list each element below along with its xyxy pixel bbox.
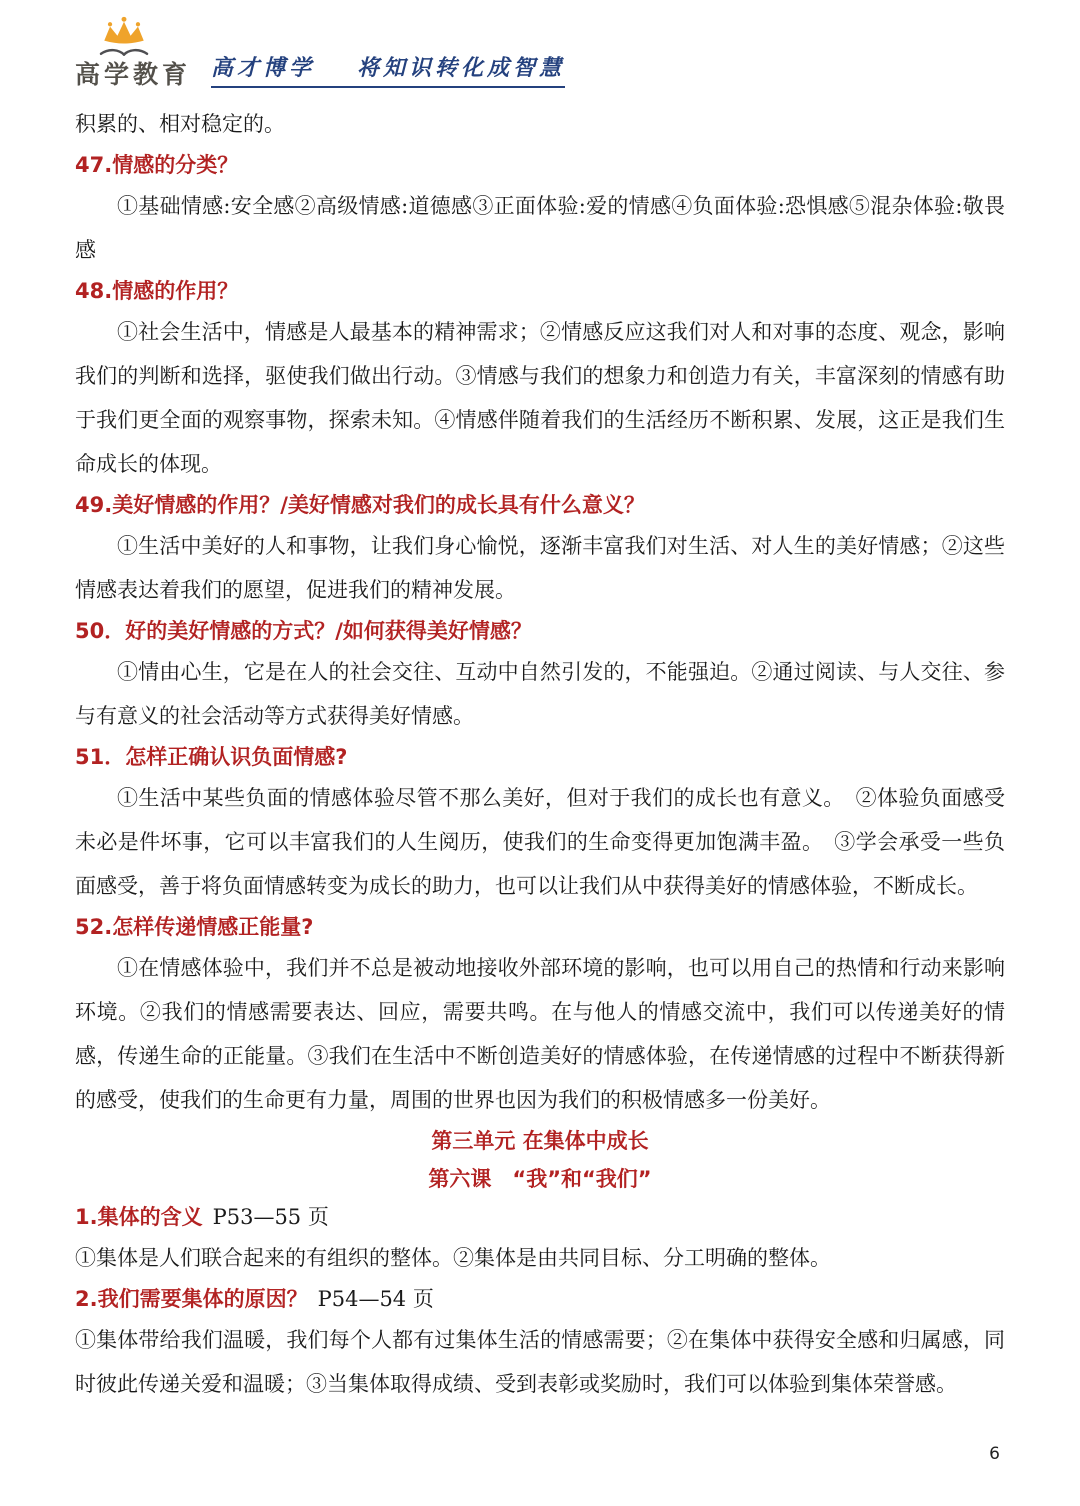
document-page: 高学教育 高才博学 将知识转化成智慧 积累的、相对稳定的。 47.情感的分类？ … <box>0 0 1080 1506</box>
question-49-answer: ①生活中美好的人和事物，让我们身心愉悦，逐渐丰富我们对生活、对人生的美好情感；②… <box>75 524 1005 612</box>
question-2-heading: 2.我们需要集体的原因？P54—54 页 <box>75 1280 1005 1318</box>
question-48-heading: 48.情感的作用？ <box>75 272 1005 310</box>
page-header: 高学教育 高才博学 将知识转化成智慧 <box>75 16 1005 88</box>
question-51-answer: ①生活中某些负面的情感体验尽管不那么美好，但对于我们的成长也有意义。 ②体验负面… <box>75 776 1005 908</box>
question-1-page-ref: P53—55 页 <box>213 1205 329 1229</box>
tagline: 高才博学 将知识转化成智慧 <box>211 51 565 88</box>
crown-icon <box>104 17 143 44</box>
logo-emblem <box>91 16 157 62</box>
question-51-heading: 51．怎样正确认识负面情感? <box>75 738 1005 776</box>
question-1-heading: 1.集体的含义P53—55 页 <box>75 1198 1005 1236</box>
tagline-motto-left: 高才博学 <box>211 51 315 82</box>
question-48-answer: ①社会生活中，情感是人最基本的精神需求；②情感反应这我们对人和对事的态度、观念，… <box>75 310 1005 486</box>
lesson-6-heading: 第六课 “我”和“我们” <box>75 1160 1005 1198</box>
open-book-icon <box>101 50 147 54</box>
paragraph-carryover: 积累的、相对稳定的。 <box>75 102 1005 146</box>
question-50-answer: ①情由心生，它是在人的社会交往、互动中自然引发的，不能强迫。②通过阅读、与人交往… <box>75 650 1005 738</box>
page-number: 6 <box>989 1444 1000 1464</box>
document-body: 积累的、相对稳定的。 47.情感的分类？ ①基础情感:安全感②高级情感:道德感③… <box>75 102 1005 1406</box>
question-2-answer: ①集体带给我们温暖，我们每个人都有过集体生活的情感需要；②在集体中获得安全感和归… <box>75 1318 1005 1406</box>
question-52-answer: ①在情感体验中，我们并不总是被动地接收外部环境的影响，也可以用自己的热情和行动来… <box>75 946 1005 1122</box>
unit-3-heading: 第三单元 在集体中成长 <box>75 1122 1005 1160</box>
tagline-motto-right: 将知识转化成智慧 <box>357 51 565 82</box>
logo-text: 高学教育 <box>75 62 191 88</box>
logo: 高学教育 <box>75 16 191 88</box>
question-2-title: 2.我们需要集体的原因？ <box>75 1287 308 1311</box>
question-1-answer: ①集体是人们联合起来的有组织的整体。②集体是由共同目标、分工明确的整体。 <box>75 1236 1005 1280</box>
question-49-heading: 49.美好情感的作用？/美好情感对我们的成长具有什么意义？ <box>75 486 1005 524</box>
question-50-heading: 50．好的美好情感的方式？/如何获得美好情感？ <box>75 612 1005 650</box>
question-52-heading: 52.怎样传递情感正能量? <box>75 908 1005 946</box>
question-1-title: 1.集体的含义 <box>75 1205 203 1229</box>
question-47-answer: ①基础情感:安全感②高级情感:道德感③正面体验:爱的情感④负面体验:恐惧感⑤混杂… <box>75 184 1005 272</box>
question-47-heading: 47.情感的分类？ <box>75 146 1005 184</box>
question-2-page-ref: P54—54 页 <box>318 1287 434 1311</box>
